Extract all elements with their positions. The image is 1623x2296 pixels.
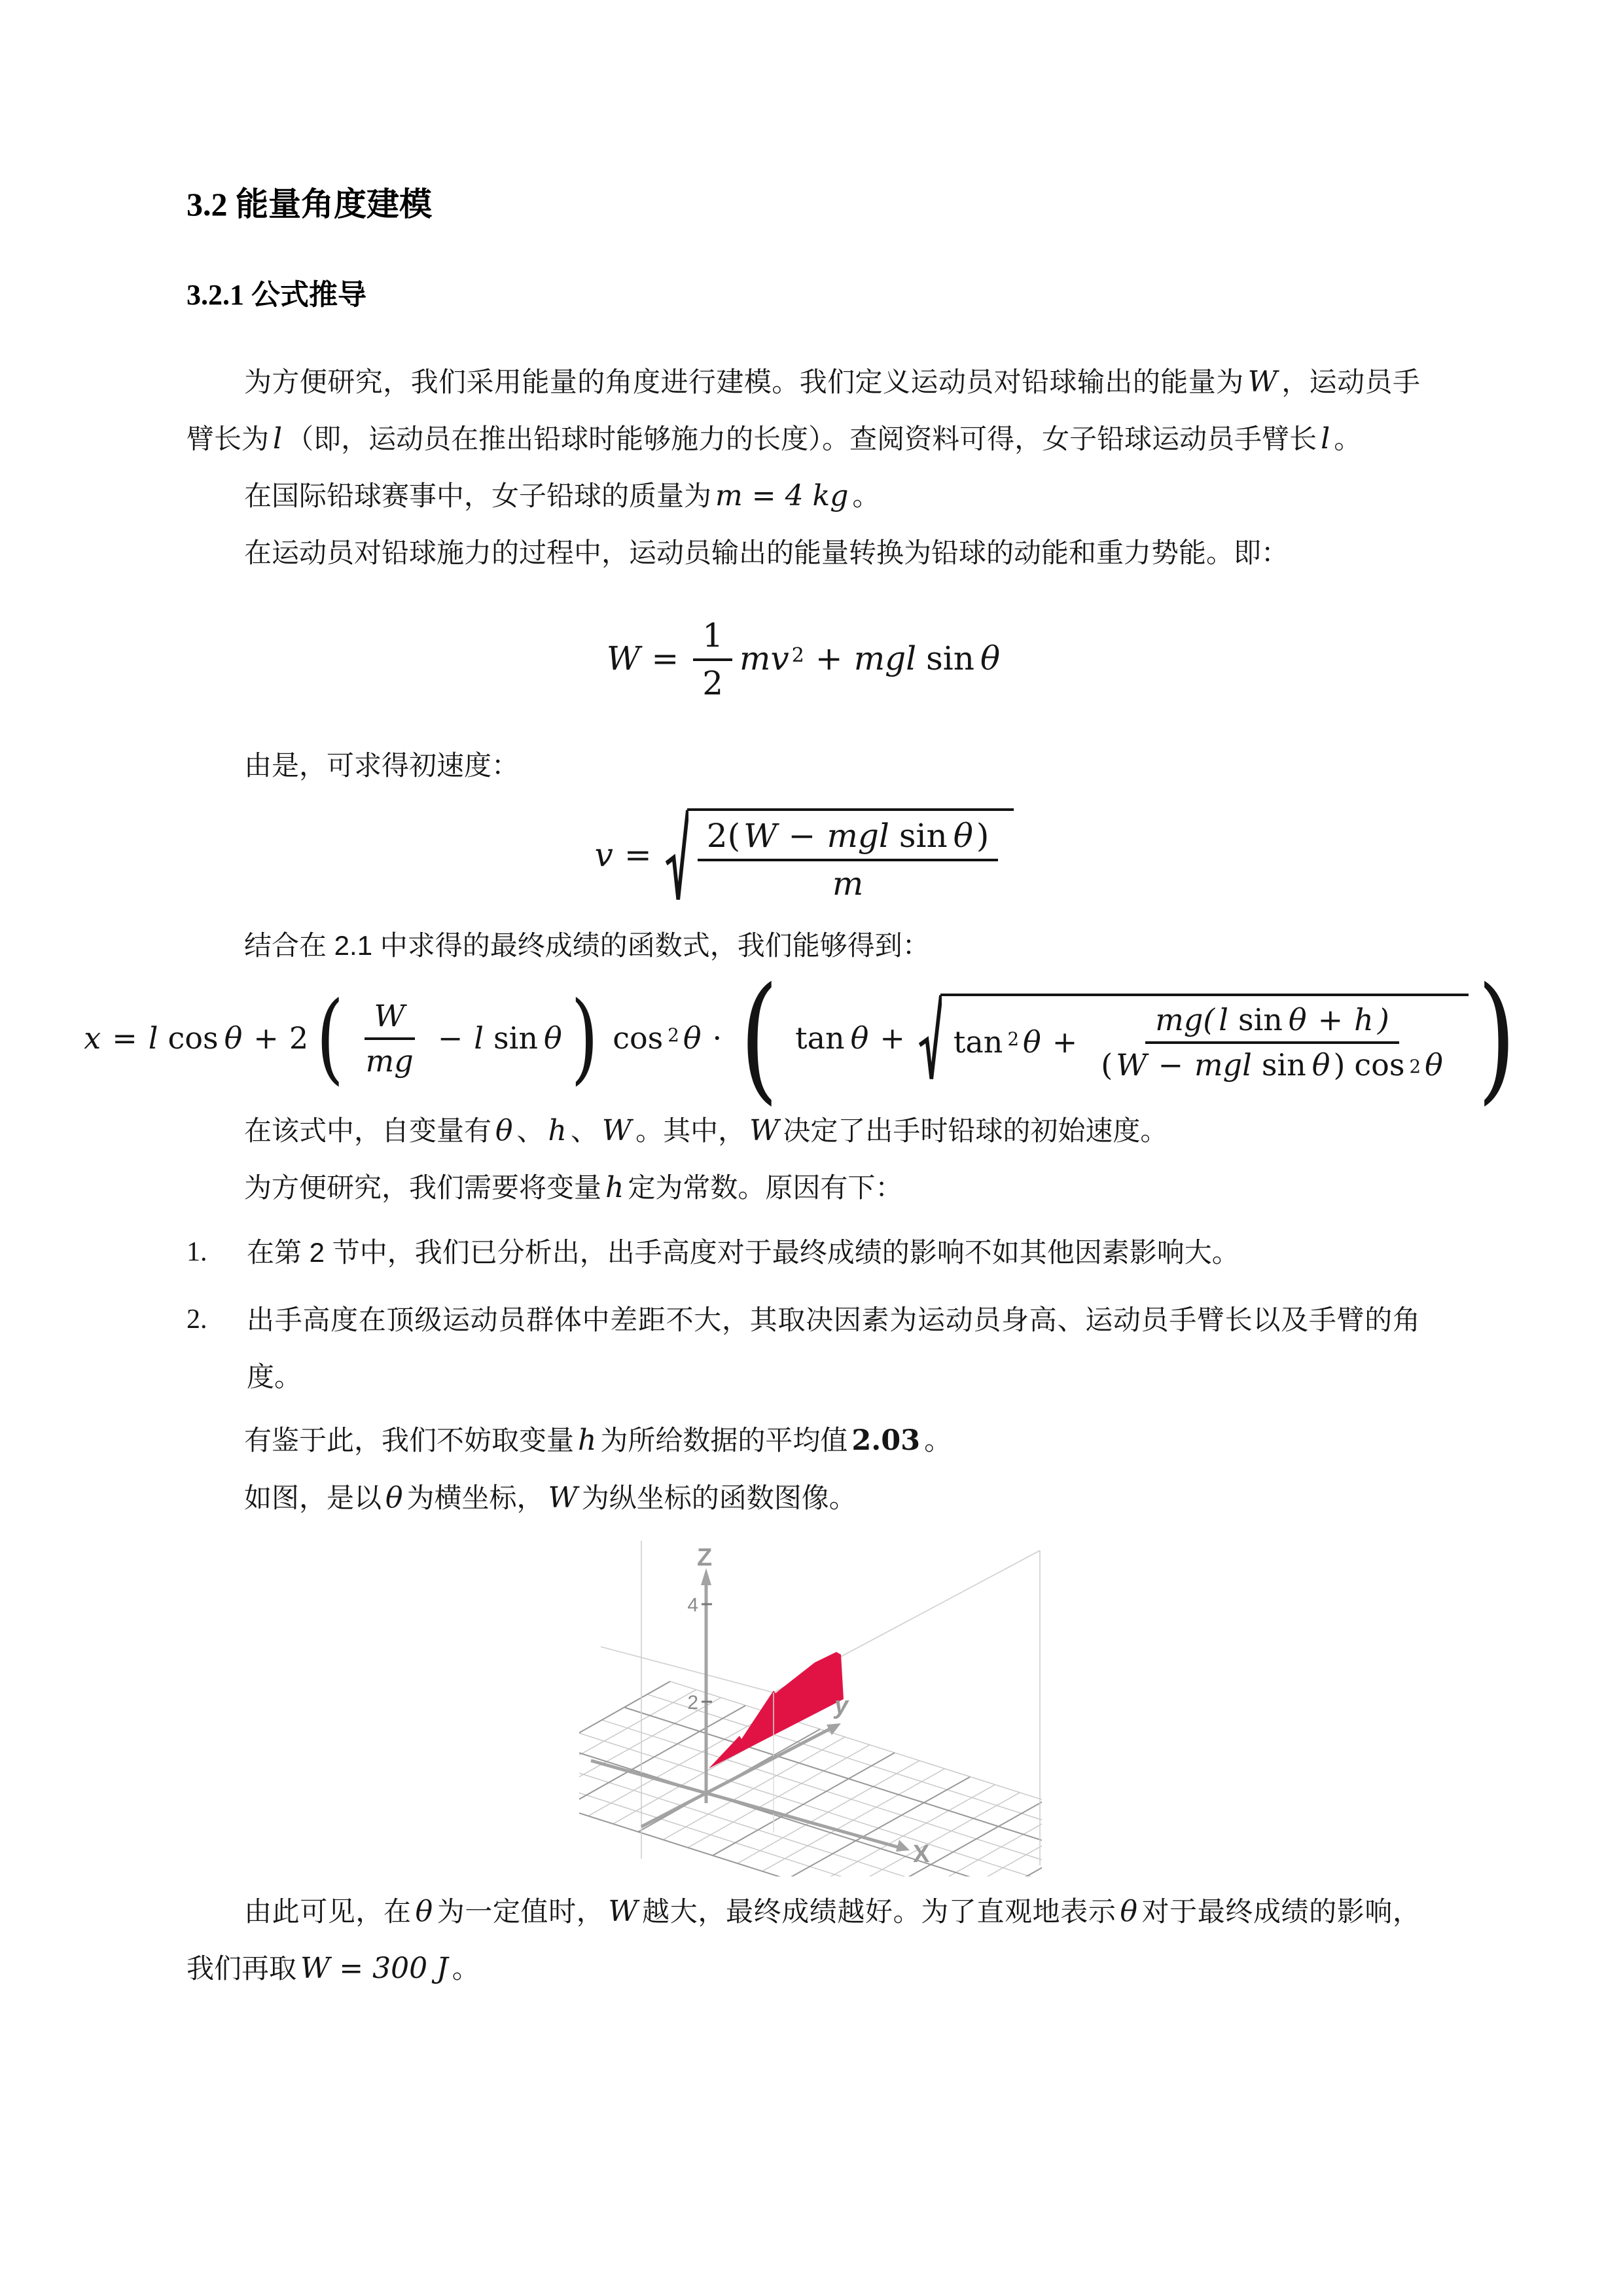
section-heading: 3.2 能量角度建模 bbox=[187, 178, 432, 225]
paragraph-combine-intro: 结合在 2.1 中求得的最终成绩的函数式，我们能够得到： bbox=[187, 917, 1420, 974]
paragraph-variables: 在该式中，自变量有θ、h、W。其中，W决定了出手时铅球的初始速度。 bbox=[187, 1102, 1420, 1159]
list-item-1: 1. 在第 2 节中，我们已分析出，出手高度对于最终成绩的影响不如其他因素影响大… bbox=[187, 1224, 1420, 1281]
math-theta: θ bbox=[412, 1895, 437, 1928]
math-l: l bbox=[269, 422, 286, 456]
paragraph-conclusion: 由此可见，在θ为一定值时，W越大，最终成绩越好。为了直观地表示θ对于最终成绩的影… bbox=[187, 1883, 1420, 1997]
z-tick-label-2: 2 bbox=[687, 1692, 698, 1713]
fraction-under-radical: 2(W−mglsinθ) m bbox=[698, 816, 999, 903]
radical: tan2θ+ mg(lsinθ+h) (W−mglsinθ)cos2θ bbox=[918, 994, 1469, 1083]
list-item-2: 2. 出手高度在顶级运动员群体中差距不大，其取决因素为运动员身高、运动员手臂长以… bbox=[187, 1291, 1420, 1405]
paragraph-velocity-intro: 由是，可求得初速度： bbox=[187, 737, 1420, 794]
x-axis-arrow-icon bbox=[896, 1840, 910, 1852]
paragraph-mass: 在国际铅球赛事中，女子铅球的质量为m = 4 kg。 bbox=[187, 467, 1420, 524]
formula-distance: x=lcosθ+2(Wmg−lsinθ)cos2θ·(tanθ+ tan2θ+ … bbox=[187, 974, 1420, 1102]
subsection-heading: 3.2.1 公式推导 bbox=[187, 271, 366, 313]
page-content: 为方便研究，我们采用能量的角度进行建模。我们定义运动员对铅球输出的能量为W，运动… bbox=[187, 353, 1420, 1997]
formula-energy: W=12mv2+mglsinθ bbox=[187, 598, 1420, 720]
paper-page: 3.2 能量角度建模 3.2.1 公式推导 为方便研究，我们采用能量的角度进行建… bbox=[0, 0, 1623, 2296]
math-W: W bbox=[745, 1114, 783, 1147]
paragraph-intro: 为方便研究，我们采用能量的角度进行建模。我们定义运动员对铅球输出的能量为W，运动… bbox=[187, 353, 1420, 467]
math-W: W bbox=[544, 1481, 582, 1515]
3d-plot: Z X y 4 2 bbox=[579, 1532, 1071, 1876]
z-tick-label-4: 4 bbox=[687, 1594, 698, 1616]
math-h: h bbox=[601, 1171, 628, 1204]
formula-velocity: v= 2(W−mglsinθ) m bbox=[187, 799, 1420, 912]
math-W-300J: W = 300 J bbox=[296, 1952, 452, 1985]
paragraph-constant-h: 为方便研究，我们需要将变量h定为常数。原因有下： bbox=[187, 1159, 1420, 1216]
math-theta: θ bbox=[1116, 1895, 1141, 1928]
surface-wedge bbox=[709, 1652, 844, 1768]
list-marker: 1. bbox=[187, 1224, 247, 1281]
math-l: l bbox=[1317, 422, 1334, 456]
math-mass: m = 4 kg bbox=[711, 479, 852, 512]
paragraph-energy-intro: 在运动员对铅球施力的过程中，运动员输出的能量转换为铅球的动能和重力势能。即： bbox=[187, 524, 1420, 581]
math-theta: θ bbox=[491, 1114, 517, 1147]
fraction-one-half: 12 bbox=[693, 616, 732, 703]
math-W: W bbox=[598, 1114, 635, 1147]
z-axis-label: Z bbox=[697, 1544, 712, 1571]
math-theta: θ bbox=[382, 1481, 407, 1515]
fraction-W-over-mg: Wmg bbox=[356, 997, 423, 1079]
math-W: W bbox=[604, 1895, 641, 1928]
radical-tick-icon bbox=[665, 808, 688, 903]
radical: 2(W−mglsinθ) m bbox=[665, 808, 1014, 903]
radical-tick-icon bbox=[918, 994, 942, 1083]
y-axis-label: y bbox=[833, 1692, 849, 1719]
math-h: h bbox=[574, 1424, 600, 1457]
theta-w-function-figure: Z X y 4 2 bbox=[579, 1532, 1071, 1876]
math-W: W bbox=[1244, 365, 1281, 399]
paragraph-average-h: 有鉴于此，我们不妨取变量h为所给数据的平均值2.03。 bbox=[187, 1412, 1420, 1469]
x-axis-label: X bbox=[913, 1840, 930, 1868]
math-h: h bbox=[544, 1114, 571, 1147]
paragraph-figure-intro: 如图，是以θ为横坐标，W为纵坐标的函数图像。 bbox=[187, 1469, 1420, 1526]
math-average-value: 2.03 bbox=[847, 1424, 924, 1457]
list-marker: 2. bbox=[187, 1291, 247, 1405]
fraction-under-radical: mg(lsinθ+h) (W−mglsinθ)cos2θ bbox=[1092, 1001, 1453, 1083]
